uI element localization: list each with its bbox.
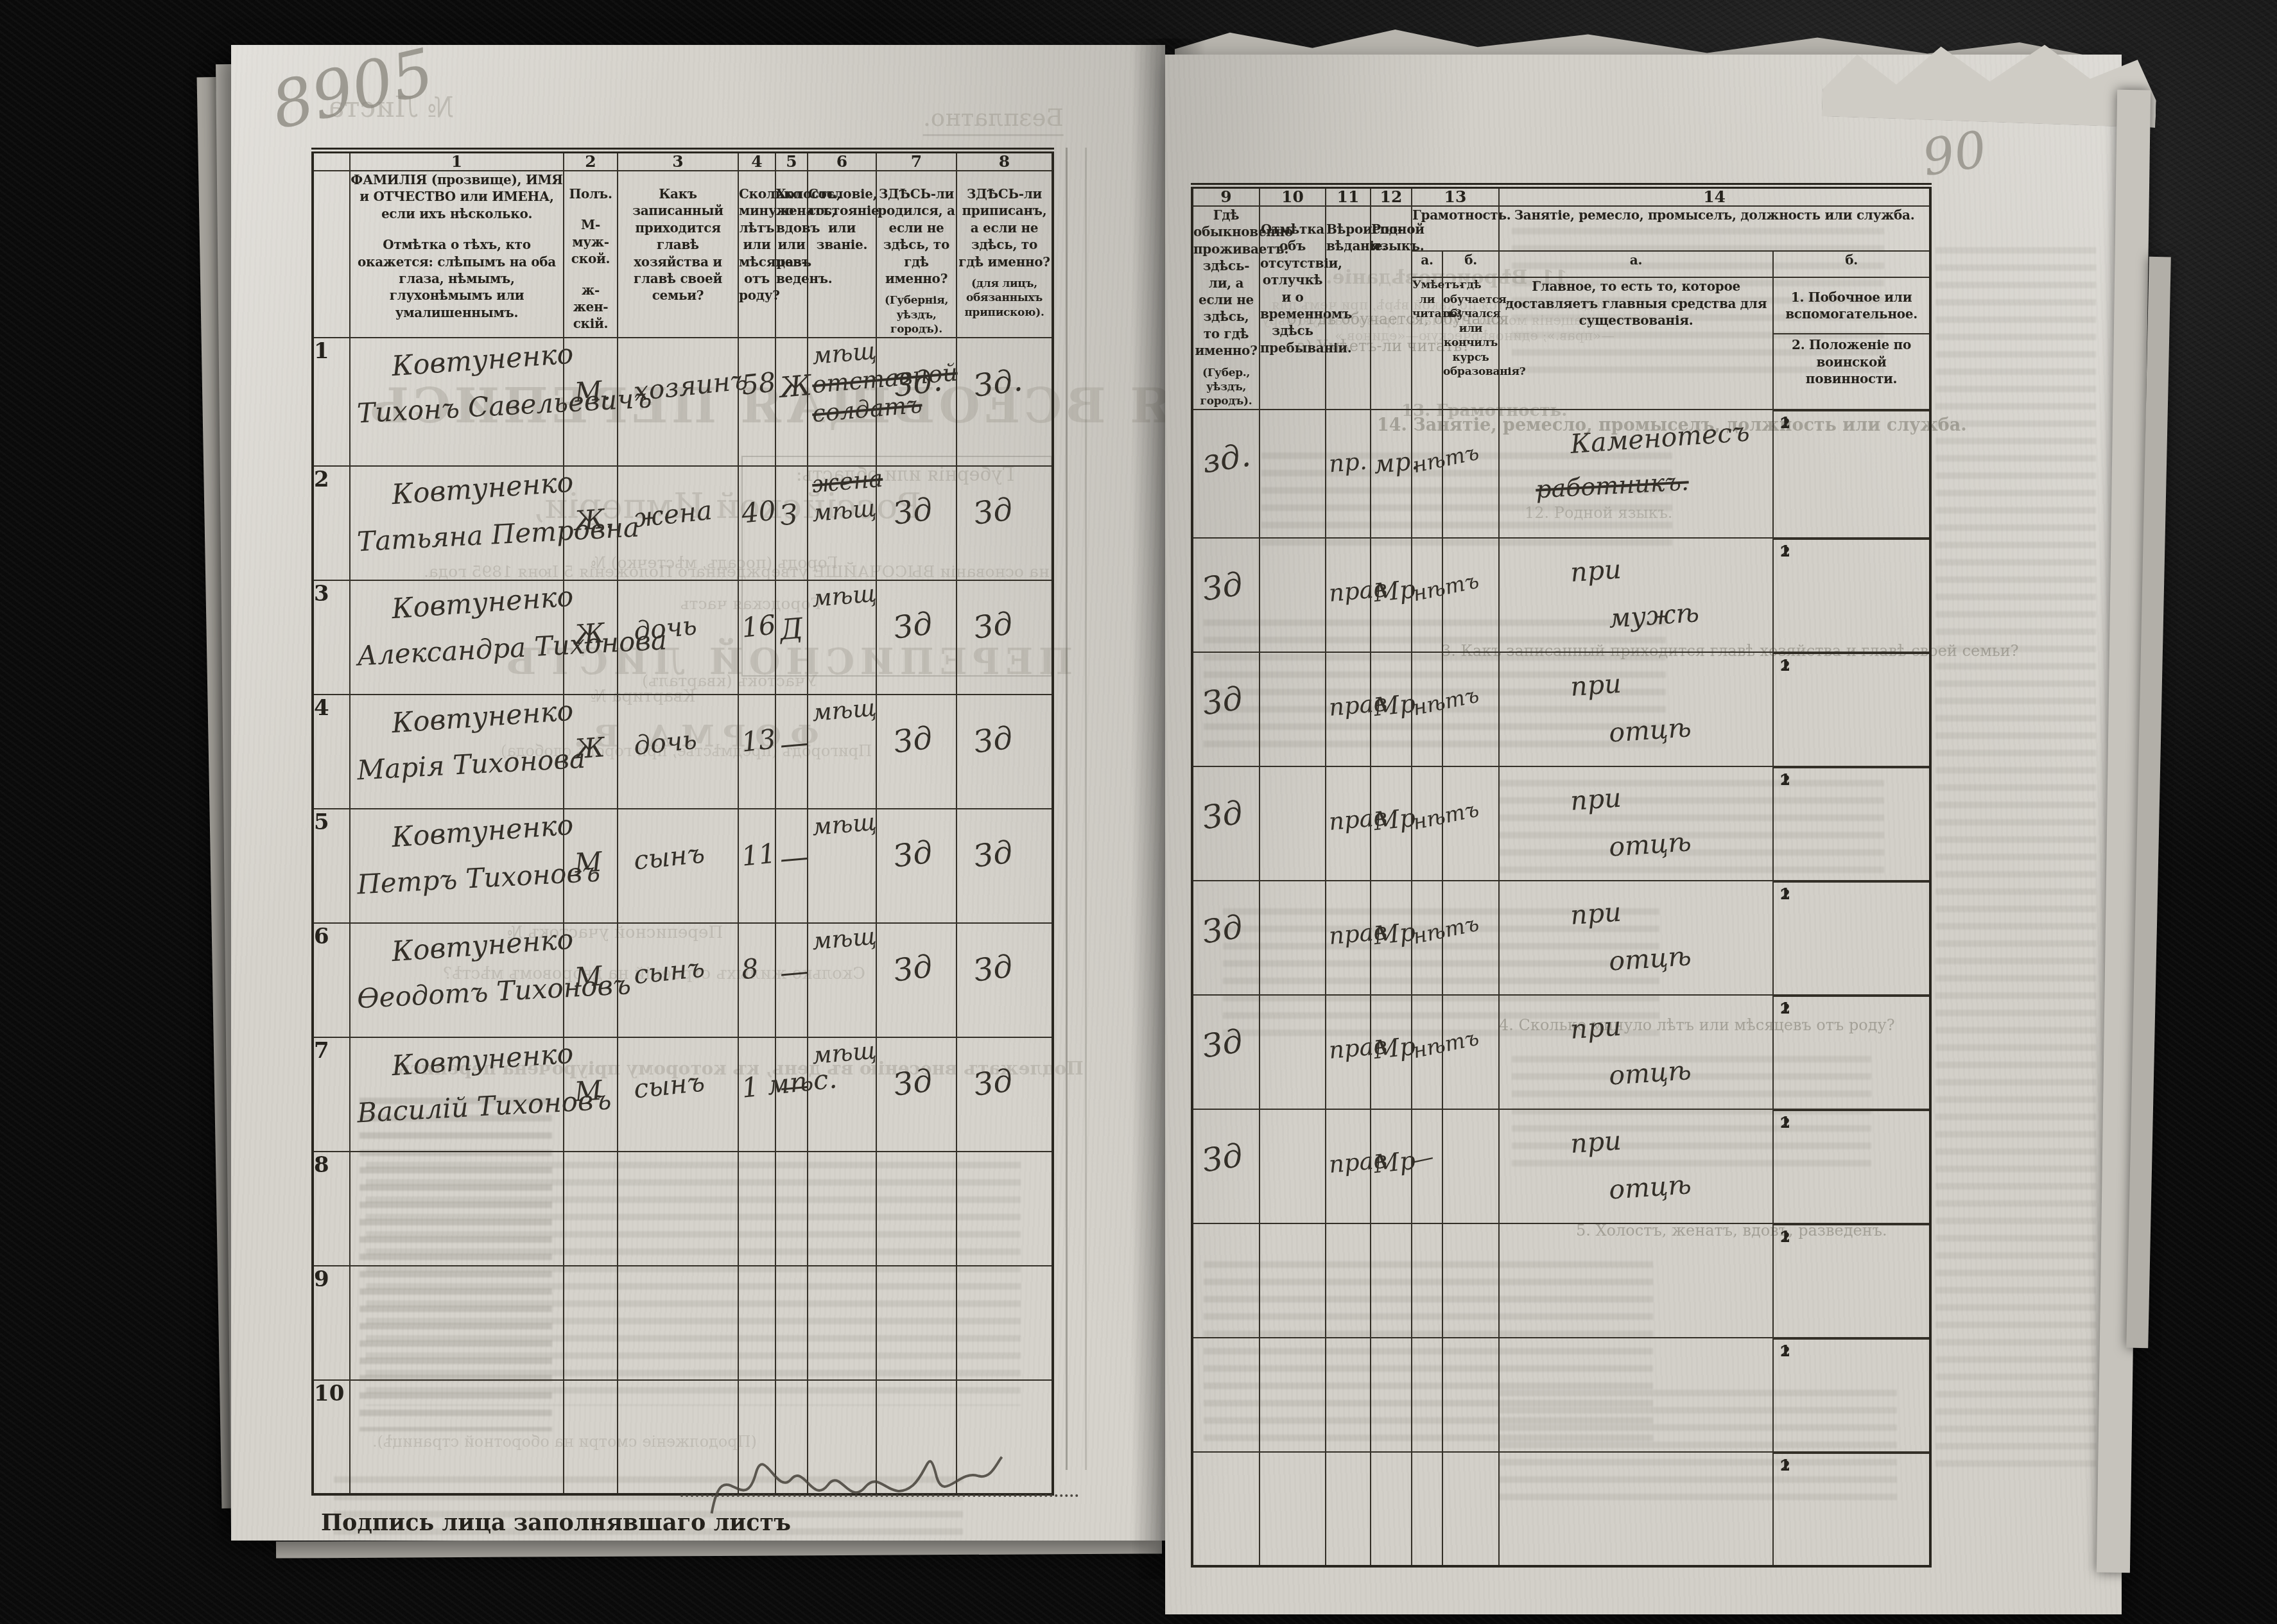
cell-marital: — [775, 1037, 808, 1152]
header-age-text: Сколько минуло лѣтъ или мѣсяцевъ отъ род… [739, 186, 775, 304]
cell-age: 1 мѣс. [738, 1037, 775, 1152]
entry-occupation-struck [1536, 860, 1772, 872]
secondary-occupation-subcells: 1 2 [1774, 1224, 1929, 1225]
entry-given-names: Петръ Тихоновъ [356, 858, 564, 900]
subcell-secondary: 1 [1774, 1338, 1929, 1340]
entry-occupation-line2: мужѣ [1608, 592, 1774, 634]
entry-can-read: — [1410, 1144, 1435, 1173]
cell-can-read: нѣтъ [1412, 652, 1442, 766]
pencil-page-number-right: 90 [1919, 121, 1991, 187]
cell-registration: Зд [957, 695, 1053, 809]
column-number: 4 [738, 151, 775, 171]
entry-residence: Зд [1200, 793, 1245, 836]
cell-occupation: при отцѣ [1499, 995, 1773, 1109]
entry-marital-status: Д [779, 612, 804, 646]
entry-occupation: при [1570, 772, 1774, 816]
entry-registration: Зд [971, 834, 1015, 875]
cell-religion: прав [1326, 538, 1371, 652]
entry-occupation: при [1570, 543, 1774, 588]
entry-relation: жена [632, 494, 714, 533]
entry-age: 40 [740, 494, 777, 529]
table-row: Зд прав Мр — при отцѣ 1 2 [1192, 1109, 1930, 1223]
header-marital-column: Холостъ, женатъ, вдовъ или раз-веденъ. [775, 171, 808, 338]
cell-estate: мѣщ [808, 580, 876, 695]
table-row: Зд прав Мр нѣтъ при отцѣ 1 2 [1192, 766, 1930, 881]
cell-age: 58 [738, 338, 775, 466]
entry-occupation-line2 [1609, 1464, 1772, 1475]
entry-relation: сынъ [632, 1066, 706, 1104]
entry-native-language: Мр [1372, 804, 1417, 837]
entry-surname: Ковтуненко [391, 338, 564, 383]
cell-age: 8 [738, 923, 775, 1037]
cell-secondary-occupation: 1 2 [1773, 410, 1930, 538]
subcell-secondary: 1 [1774, 996, 1929, 997]
header-estate-column: Сословіе, состояніе или званіе. [808, 171, 876, 338]
entry-occupation-line2 [1609, 1349, 1772, 1361]
page-fold-line [1085, 148, 1087, 1470]
cell-can-read: — [1412, 1109, 1442, 1223]
header-language-text: Родной языкъ. [1371, 221, 1411, 255]
header-absence-column: Отмѣтка объ отсутствіи, отлучкѣ и о врем… [1260, 206, 1326, 410]
cell-absence [1260, 410, 1326, 538]
column-number: 3 [618, 151, 738, 171]
cell-name: Ковтуненко Петръ Тихоновъ [350, 809, 564, 923]
row-number: 5 [313, 809, 350, 923]
cell-can-read: нѣтъ [1412, 538, 1442, 652]
header-birthplace-note: (Губернія, уѣздъ, городъ). [877, 293, 956, 336]
cell-age [738, 1266, 775, 1380]
entry-sex: М [573, 960, 603, 993]
cell-occupation: Каменотесъ работникъ. [1499, 410, 1773, 538]
entry-surname: Ковтуненко [391, 581, 564, 625]
entry-marital-status: — [779, 840, 810, 876]
entry-occupation-line2: отцѣ [1608, 820, 1774, 863]
entry-occupation-struck [1536, 745, 1772, 757]
entry-estate: мѣщ [811, 808, 876, 840]
cell-religion: пр. [1326, 410, 1371, 538]
entry-occupation: при [1570, 657, 1774, 702]
cell-residence: Зд [1192, 1109, 1260, 1223]
subcell-number: 2 [1780, 1457, 1790, 1474]
entry-estate: мѣщ [811, 922, 876, 955]
entry-occupation-line2 [1609, 1235, 1772, 1247]
entry-birthplace: Зд [891, 720, 935, 761]
column-number: 14 [1499, 186, 1930, 207]
entry-occupation-struck [1536, 974, 1772, 986]
entry-occupation-struck [1536, 1088, 1772, 1100]
cell-can-read [1412, 1338, 1442, 1452]
column-number: 7 [876, 151, 957, 171]
cell-name: Ковтуненко Василій Тихоновъ [350, 1037, 564, 1152]
header-sex-title: Полъ. [564, 186, 617, 202]
cell-can-read: нѣтъ [1412, 766, 1442, 881]
cell-residence [1192, 1452, 1260, 1566]
entry-sex: М. [573, 374, 612, 408]
cell-native-language: Мр [1371, 652, 1412, 766]
cell-native-language: Мр [1371, 881, 1412, 995]
header-relation-column: Какъ записанный приходится главѣ хозяйст… [618, 171, 738, 338]
cell-relation: дочь [618, 580, 738, 695]
cell-absence [1260, 538, 1326, 652]
header-occupation-main: Главное, то есть то, которое доставляетъ… [1499, 277, 1773, 409]
entry-birthplace: Зд [891, 948, 935, 989]
cell-name [350, 1380, 564, 1494]
cell-sex [564, 1380, 618, 1494]
cell-absence [1260, 995, 1326, 1109]
entry-sex: Ж [573, 731, 606, 764]
subcell-secondary: 1 [1774, 881, 1929, 883]
table-row: 1 2 [1192, 1338, 1930, 1452]
cell-religion: прав [1326, 881, 1371, 995]
header-estate-text: Сословіе, состояніе или званіе. [808, 186, 876, 254]
cell-age: 16 [738, 580, 775, 695]
entry-occupation: при [1570, 886, 1774, 931]
entry-surname [392, 1152, 562, 1164]
cell-registration: Зд. [957, 338, 1053, 466]
secondary-occupation-subcells: 1 2 [1774, 653, 1929, 654]
entry-occupation-line2: отцѣ [1608, 706, 1774, 748]
subcell-number: 2 [1780, 886, 1790, 903]
entry-occupation [1570, 1457, 1772, 1471]
cell-marital: Ж [775, 338, 808, 466]
cell-marital [775, 1266, 808, 1380]
entry-marital-status: З [779, 498, 799, 532]
entry-occupation-struck: работникъ. [1535, 463, 1773, 503]
cell-absence [1260, 766, 1326, 881]
cell-residence: Зд [1192, 652, 1260, 766]
cell-name: Ковтуненко Татьяна Петровна [350, 466, 564, 580]
entry-marital-status: — [779, 1069, 810, 1104]
entry-given-names: Александра Тихонова [356, 629, 564, 671]
column-number: 6 [808, 151, 876, 171]
entry-residence: Зд [1200, 679, 1245, 722]
cell-name: Ковтуненко Марія Тихонова [350, 695, 564, 809]
cell-age: 13 [738, 695, 775, 809]
entry-estate-struck [812, 1265, 876, 1270]
table-row: 3 Ковтуненко Александра Тихонова Ж дочь … [313, 580, 1053, 695]
secondary-occupation-subcells: 1 2 [1774, 539, 1929, 540]
header-occupation-a-label: а. [1499, 251, 1773, 277]
cell-registration [957, 1152, 1053, 1266]
right-page: 11. Вѣроисповѣданіе. Сюда вписывается по… [1165, 55, 2122, 1614]
cell-religion [1326, 1452, 1371, 1566]
header-name-column: ФАМИЛІЯ (прозвище), ИМЯ и ОТЧЕСТВО или И… [350, 171, 564, 338]
entry-estate-struck [812, 1379, 876, 1385]
entry-residence: Зд [1200, 565, 1245, 608]
pencil-page-number-left: 8905 [264, 34, 440, 144]
entry-religion: пр. [1328, 447, 1368, 478]
column-number: 11 [1326, 186, 1371, 207]
entry-registration: Зд. [971, 362, 1025, 404]
entry-registration: Зд [971, 491, 1015, 532]
cell-where-studied [1442, 1223, 1499, 1338]
entry-estate: мѣщ [811, 693, 876, 726]
cell-religion: прав [1326, 995, 1371, 1109]
cell-absence [1260, 881, 1326, 995]
header-religion-text: Вѣроиспо-вѣданіе. [1326, 221, 1370, 255]
cell-estate: мѣщ отставной солдатъ [808, 338, 876, 466]
entry-marital-status: — [779, 955, 810, 990]
cell-marital: Д [775, 580, 808, 695]
secondary-occupation-subcells: 1 2 [1774, 1453, 1929, 1454]
cell-estate [808, 1152, 876, 1266]
entry-relation: сынъ [632, 838, 706, 876]
cell-age: 40 [738, 466, 775, 580]
header-marital-text: Холостъ, женатъ, вдовъ или раз-веденъ. [776, 186, 807, 287]
header-can-read: Умѣетъ-ли читать? [1412, 277, 1442, 409]
entry-age: 11 [740, 837, 777, 872]
cell-residence: Зд [1192, 538, 1260, 652]
table-row: Зд прав Мр нѣтъ при мужѣ 1 2 [1192, 538, 1930, 652]
entry-given-names [357, 1276, 563, 1287]
cell-secondary-occupation: 1 2 [1773, 1338, 1930, 1452]
secondary-occupation-subcells: 1 2 [1774, 1110, 1929, 1111]
table-row: 5 Ковтуненко Петръ Тихоновъ М сынъ 11 — … [313, 809, 1053, 923]
cell-birthplace: Зд [876, 580, 957, 695]
cell-sex [564, 1152, 618, 1266]
entry-estate [812, 1150, 876, 1156]
subcell-number: 2 [1780, 1229, 1790, 1246]
cell-can-read [1412, 1223, 1442, 1338]
cell-secondary-occupation: 1 2 [1773, 766, 1930, 881]
cell-residence: Зд [1192, 766, 1260, 881]
cell-registration: Зд [957, 466, 1053, 580]
table-row: 1 Ковтуненко Тихонъ Савельевичъ М. хозяи… [313, 338, 1053, 466]
cell-where-studied [1442, 1338, 1499, 1452]
cell-secondary-occupation: 1 2 [1773, 881, 1930, 995]
entry-birthplace: Зд [891, 491, 935, 532]
entry-registration: Зд [971, 1062, 1015, 1103]
column-number: 1 [350, 151, 564, 171]
cell-registration: Зд [957, 1037, 1053, 1152]
cell-native-language: Мр [1371, 1109, 1412, 1223]
entry-relation: сынъ [632, 952, 706, 990]
entry-registration: Зд [971, 948, 1015, 989]
cell-absence [1260, 1452, 1326, 1566]
header-registration-note: (для лицъ, обязанныхъ припискою). [957, 277, 1052, 320]
cell-estate: мѣщ [808, 695, 876, 809]
entry-estate: мѣщ [811, 1036, 876, 1069]
header-sex-male: М-муж-ской. [564, 216, 617, 267]
header-secondary-occupation: 1. Побочное или вспомогательное. [1774, 278, 1929, 334]
entry-residence: Зд [1200, 908, 1245, 951]
header-literacy-group: Грамотность. [1412, 206, 1499, 251]
cell-birthplace: Зд [876, 809, 957, 923]
cell-birthplace: Зд [876, 923, 957, 1037]
subcell-secondary: 1 [1774, 1110, 1929, 1111]
cell-relation: жена [618, 466, 738, 580]
row-number: 8 [313, 1152, 350, 1266]
entry-native-language: Мр [1372, 575, 1417, 609]
row-number-column-header [313, 151, 350, 171]
cell-birthplace: Зд [876, 1037, 957, 1152]
cell-occupation: при отцѣ [1499, 652, 1773, 766]
entry-birthplace: Зд. [891, 362, 944, 404]
entry-age: 13 [740, 723, 777, 757]
cell-name: Ковтуненко Ѳеодотъ Тихоновъ [350, 923, 564, 1037]
entry-relation: дочь [632, 610, 698, 647]
entry-estate: мѣщ [811, 494, 876, 526]
entry-residence: Зд [1200, 1136, 1245, 1179]
entry-given-names: Василій Тихоновъ [356, 1086, 564, 1128]
entry-given-names [357, 1162, 563, 1173]
table-row: зд. пр. мр. нѣтъ Каменотесъ работникъ. 1… [1192, 410, 1930, 538]
row-number-column [313, 171, 350, 338]
header-sex-column: Полъ. М-муж-ской. ж-жен-скій. [564, 171, 618, 338]
entry-estate-struck [812, 1150, 876, 1156]
cell-birthplace [876, 1152, 957, 1266]
entry-given-names: Марія Тихонова [356, 743, 564, 786]
entry-occupation-line2: отцѣ [1608, 1049, 1774, 1091]
subcell-secondary: 1 [1774, 1224, 1929, 1225]
cell-residence [1192, 1338, 1260, 1452]
entry-surname [392, 1266, 562, 1279]
entry-native-language: Мр [1372, 689, 1417, 723]
cell-religion: прав [1326, 1109, 1371, 1223]
entry-estate-struck [812, 1150, 876, 1156]
entry-occupation-struck [1536, 1349, 1772, 1361]
table-row: Зд прав Мр нѣтъ при отцѣ 1 2 [1192, 652, 1930, 766]
subcell-number: 2 [1780, 1000, 1790, 1017]
census-table-right: 9 10 11 12 13 14 Гдѣ обыкновенно прожива… [1191, 183, 1932, 1568]
cell-secondary-occupation: 1 2 [1773, 1452, 1930, 1566]
entry-estate-struck [812, 1265, 876, 1270]
cell-where-studied [1442, 1452, 1499, 1566]
column-numbers-row: 9 10 11 12 13 14 [1192, 186, 1930, 207]
secondary-occupation-subcells: 1 2 [1774, 1338, 1929, 1340]
entry-age: 16 [740, 609, 777, 643]
cell-secondary-occupation: 1 2 [1773, 652, 1930, 766]
entry-occupation: при [1570, 1000, 1774, 1045]
entry-occupation: Каменотесъ [1570, 415, 1774, 460]
entry-relation: дочь [632, 724, 698, 761]
header-relation-text: Какъ записанный приходится главѣ хозяйст… [618, 186, 738, 304]
cell-relation [618, 1266, 738, 1380]
table-row: 1 2 [1192, 1452, 1930, 1566]
table-row: 7 Ковтуненко Василій Тихоновъ М сынъ 1 м… [313, 1037, 1053, 1152]
row-number: 7 [313, 1037, 350, 1152]
cell-birthplace: Зд [876, 466, 957, 580]
cell-marital: — [775, 695, 808, 809]
subcell-secondary: 1 [1774, 539, 1929, 540]
table-row: 9 [313, 1266, 1053, 1380]
header-literacy-a-label: а. [1412, 251, 1442, 277]
column-number: 5 [775, 151, 808, 171]
subcell-secondary: 1 [1774, 410, 1929, 411]
cell-occupation: при мужѣ [1499, 538, 1773, 652]
cell-registration: Зд [957, 923, 1053, 1037]
cell-relation: сынъ [618, 809, 738, 923]
header-residence-column: Гдѣ обыкновенно проживаетъ: здѣсь-ли, а … [1192, 206, 1260, 410]
cell-where-studied [1442, 1109, 1499, 1223]
entry-occupation-struck [1536, 631, 1772, 643]
cell-age: 11 [738, 809, 775, 923]
cell-residence [1192, 1223, 1260, 1338]
page-edge-print-lines [1935, 247, 2096, 1467]
entry-occupation [1570, 1343, 1772, 1357]
subcell-number: 2 [1780, 543, 1790, 560]
cell-sex [564, 1266, 618, 1380]
header-residence-text: Гдѣ обыкновенно проживаетъ: здѣсь-ли, а … [1193, 207, 1259, 359]
entry-age: 8 [740, 952, 761, 985]
entry-surname: Ковтуненко [391, 809, 564, 854]
cell-marital: — [775, 923, 808, 1037]
entry-native-language: Мр [1372, 918, 1417, 951]
column-headers-row: ФАМИЛІЯ (прозвище), ИМЯ и ОТЧЕСТВО или И… [313, 171, 1053, 338]
cell-name [350, 1152, 564, 1266]
header-name-title: ФАМИЛІЯ (прозвище), ИМЯ и ОТЧЕСТВО или И… [351, 171, 563, 222]
cell-name [350, 1266, 564, 1380]
column-number: 8 [957, 151, 1053, 171]
secondary-occupation-subcells: 1 2 [1774, 881, 1929, 883]
entry-occupation-struck [1536, 1202, 1772, 1214]
cell-native-language: Мр [1371, 766, 1412, 881]
row-number: 4 [313, 695, 350, 809]
header-language-column: Родной языкъ. [1371, 206, 1412, 410]
cell-relation: хозяинъ [618, 338, 738, 466]
entry-occupation-struck [1536, 1234, 1772, 1247]
cell-relation: сынъ [618, 923, 738, 1037]
cell-can-read: нѣтъ [1412, 995, 1442, 1109]
cell-estate: жена мѣщ [808, 466, 876, 580]
row-number: 2 [313, 466, 350, 580]
table-row: Зд прав Мр нѣтъ при отцѣ 1 2 [1192, 995, 1930, 1109]
table-row: 4 Ковтуненко Марія Тихонова Ж дочь 13 — … [313, 695, 1053, 809]
cell-secondary-occupation: 1 2 [1773, 1223, 1930, 1338]
header-birthplace-text: ЗДѢСЬ-ли родился, а если не здѣсь, то гд… [877, 186, 956, 287]
entry-sex: Ж [573, 617, 606, 650]
cell-can-read: нѣтъ [1412, 881, 1442, 995]
header-occupation-secondary: 1. Побочное или вспомогательное. 2. Поло… [1773, 277, 1930, 409]
cell-secondary-occupation: 1 2 [1773, 995, 1930, 1109]
entry-occupation [1570, 1229, 1772, 1243]
entry-marital-status: Ж [779, 369, 813, 404]
group-headers-row: Гдѣ обыкновенно проживаетъ: здѣсь-ли, а … [1192, 206, 1930, 251]
column-numbers-row: 1 2 3 4 5 6 7 8 [313, 151, 1053, 171]
census-table-left: 1 2 3 4 5 6 7 8 ФАМИЛІЯ (прозвище), ИМЯ … [311, 148, 1054, 1496]
cell-secondary-occupation: 1 2 [1773, 1109, 1930, 1223]
entry-estate-struck: отставной [811, 365, 876, 398]
header-military-duty: 2. Положеніе по воинской повинности. [1774, 334, 1929, 389]
cell-age [738, 1152, 775, 1266]
entry-surname: Ковтуненко [391, 467, 564, 511]
table-row: Зд прав Мр нѣтъ при отцѣ 1 2 [1192, 881, 1930, 995]
entry-surname: Ковтуненко [391, 924, 564, 968]
cell-marital: З [775, 466, 808, 580]
cell-absence [1260, 1223, 1326, 1338]
header-occupation-group: Занятіе, ремесло, промыселъ, должность и… [1499, 206, 1930, 251]
row-number: 9 [313, 1266, 350, 1380]
cell-can-read: нѣтъ [1412, 410, 1442, 538]
subcell-secondary: 1 [1774, 767, 1929, 768]
entry-estate-struck [812, 1150, 876, 1156]
cell-occupation [1499, 1223, 1773, 1338]
cell-occupation [1499, 1338, 1773, 1452]
cell-estate: мѣщ [808, 923, 876, 1037]
cell-absence [1260, 1109, 1326, 1223]
entry-surname: Ковтуненко [391, 695, 564, 739]
cell-registration [957, 1266, 1053, 1380]
header-residence-note: (Губер., уѣздъ, городъ). [1193, 366, 1259, 409]
column-number: 13 [1412, 186, 1499, 207]
column-number: 10 [1260, 186, 1326, 207]
subcell-number: 2 [1780, 657, 1790, 675]
column-number: 9 [1192, 186, 1260, 207]
entry-given-names [357, 1390, 563, 1401]
header-literacy-b-label: б. [1442, 251, 1499, 277]
table-row: 8 [313, 1152, 1053, 1266]
header-age-column: Сколько минуло лѣтъ или мѣсяцевъ отъ род… [738, 171, 775, 338]
